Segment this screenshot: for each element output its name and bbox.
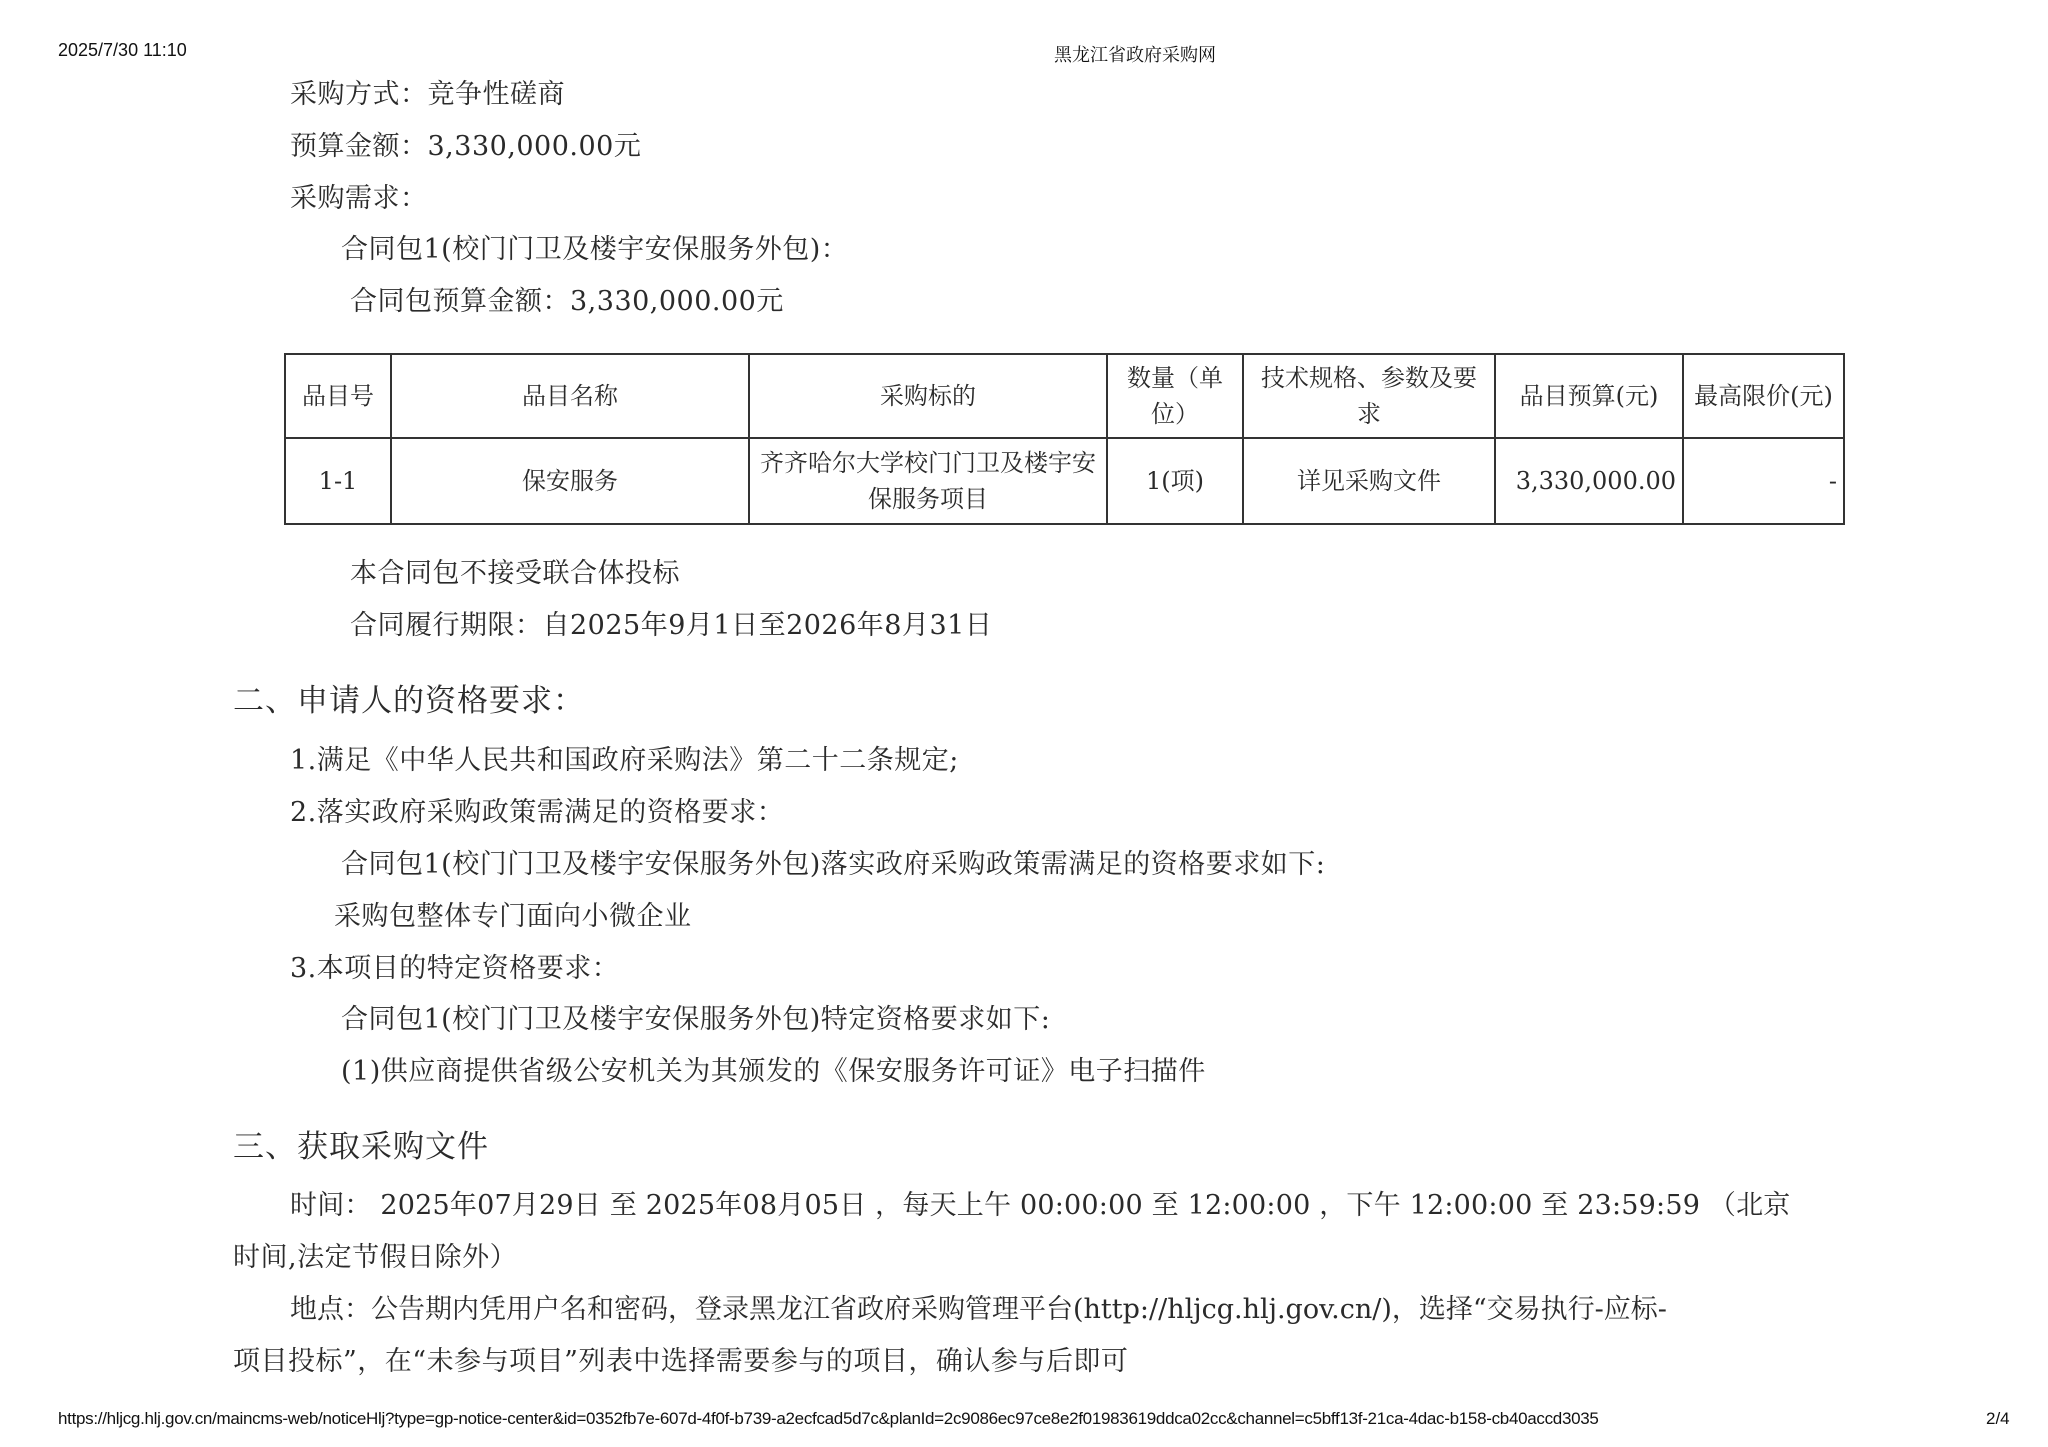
cell-spec: 详见采购文件 (1243, 438, 1495, 524)
budget-amount: 预算金额：3,330,000.00元 (290, 130, 641, 164)
qualification-item-2-detail: 合同包1(校门门卫及楼宇安保服务外包)落实政府采购政策需满足的资格要求如下: (341, 848, 1325, 882)
place-line-1: 地点：公告期内凭用户名和密码，登录黑龙江省政府采购管理平台(http://hlj… (290, 1293, 1667, 1327)
col-header-quantity: 数量（单位） (1107, 354, 1243, 438)
cell-subject: 齐齐哈尔大学校门门卫及楼宇安保服务项目 (749, 438, 1107, 524)
cell-quantity: 1(项) (1107, 438, 1243, 524)
cell-item-no: 1-1 (285, 438, 391, 524)
qualification-item-3-detail: 合同包1(校门门卫及楼宇安保服务外包)特定资格要求如下: (341, 1003, 1050, 1037)
qualification-item-2-policy: 采购包整体专门面向小微企业 (334, 900, 692, 934)
cell-budget: 3,330,000.00 (1495, 438, 1683, 524)
print-datetime: 2025/7/30 11:10 (58, 40, 187, 61)
contract-term: 合同履行期限：自2025年9月1日至2026年8月31日 (350, 609, 992, 643)
time-line-2: 时间,法定节假日除外） (233, 1241, 517, 1275)
time-line-1: 时间： 2025年07月29日 至 2025年08月05日 ，每天上午 00:0… (290, 1189, 1791, 1223)
qualification-item-2: 2.落实政府采购政策需满足的资格要求： (290, 796, 784, 830)
col-header-spec: 技术规格、参数及要求 (1243, 354, 1495, 438)
table-row: 1-1 保安服务 齐齐哈尔大学校门门卫及楼宇安保服务项目 1(项) 详见采购文件… (285, 438, 1844, 524)
package-budget: 合同包预算金额：3,330,000.00元 (350, 285, 784, 319)
col-header-item-no: 品目号 (285, 354, 391, 438)
items-table: 品目号 品目名称 采购标的 数量（单位） 技术规格、参数及要求 品目预算(元) … (284, 353, 1845, 525)
col-header-budget: 品目预算(元) (1495, 354, 1683, 438)
cell-max-price: - (1683, 438, 1844, 524)
section2-heading: 二、申请人的资格要求： (233, 682, 585, 720)
col-header-item-name: 品目名称 (391, 354, 749, 438)
site-title: 黑龙江省政府采购网 (1054, 41, 1216, 67)
qualification-item-3-req1: (1)供应商提供省级公安机关为其颁发的《保安服务许可证》电子扫描件 (341, 1055, 1206, 1089)
requirements-label: 采购需求： (290, 182, 428, 216)
page-number: 2/4 (1986, 1409, 2010, 1429)
qualification-item-1: 1.满足《中华人民共和国政府采购法》第二十二条规定; (290, 744, 959, 778)
place-line-2: 项目投标”，在“未参与项目”列表中选择需要参与的项目，确认参与后即可 (233, 1345, 1128, 1379)
cell-item-name: 保安服务 (391, 438, 749, 524)
table-header-row: 品目号 品目名称 采购标的 数量（单位） 技术规格、参数及要求 品目预算(元) … (285, 354, 1844, 438)
page-url: https://hljcg.hlj.gov.cn/maincms-web/not… (58, 1409, 1599, 1429)
consortium-note: 本合同包不接受联合体投标 (350, 557, 680, 591)
col-header-max-price: 最高限价(元) (1683, 354, 1844, 438)
package-title: 合同包1(校门门卫及楼宇安保服务外包)： (341, 233, 848, 267)
section3-heading: 三、获取采购文件 (233, 1128, 489, 1166)
qualification-item-3: 3.本项目的特定资格要求： (290, 952, 619, 986)
col-header-subject: 采购标的 (749, 354, 1107, 438)
procurement-method: 采购方式：竞争性磋商 (290, 78, 565, 112)
